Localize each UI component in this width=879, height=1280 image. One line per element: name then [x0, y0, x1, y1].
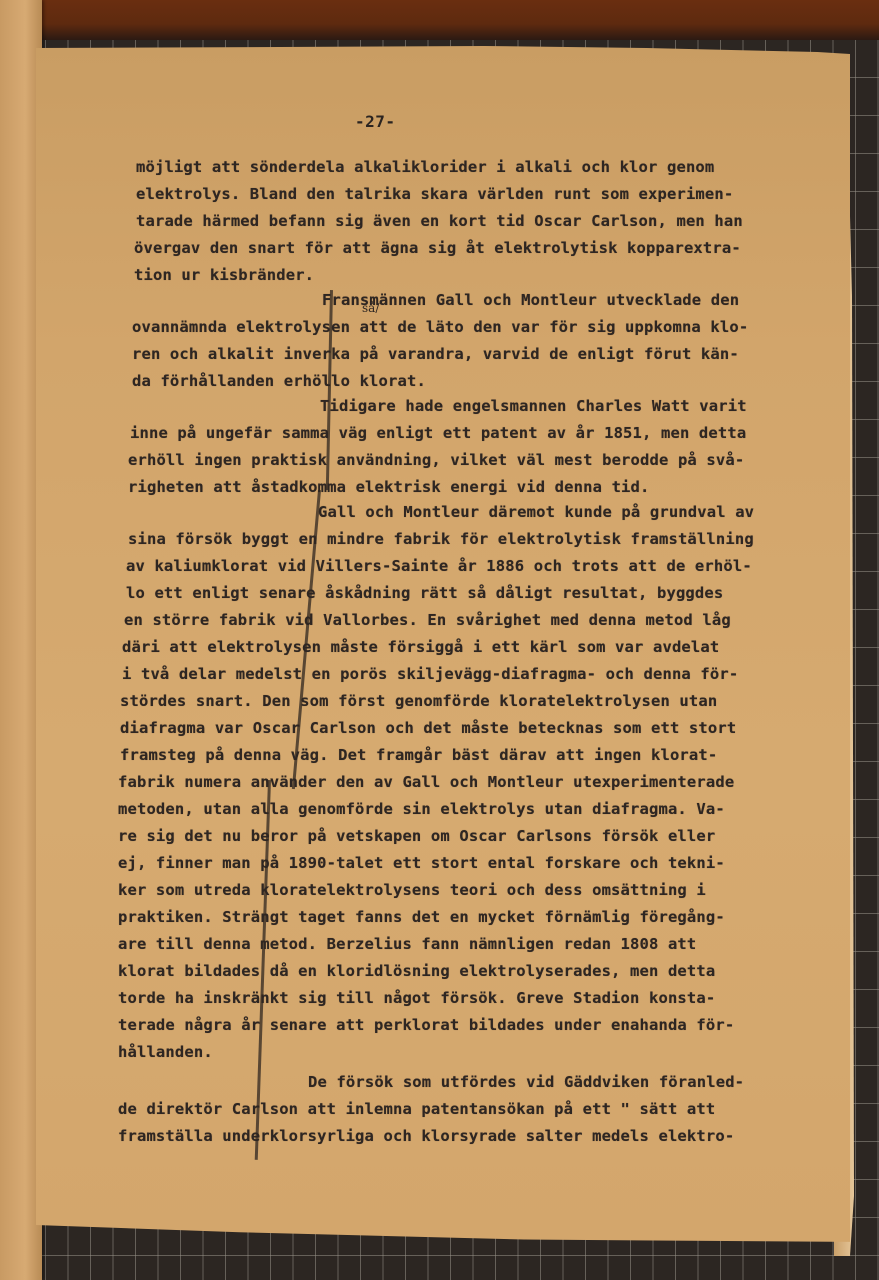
text-line: metoden, utan alla genomförde sin elektr…	[118, 800, 725, 818]
text-line: fabrik numera använder den av Gall och M…	[118, 773, 734, 791]
text-line: framställa underklorsyrliga och klorsyra…	[118, 1127, 734, 1145]
text-line: stördes snart. Den som först genomförde …	[120, 692, 717, 710]
text-line: elektrolys. Bland den talrika skara värl…	[136, 185, 733, 203]
text-line: klorat bildades då en kloridlösning elek…	[118, 962, 715, 980]
text-line: tarade härmed befann sig även en kort ti…	[136, 212, 743, 230]
text-line: lo ett enligt senare åskådning rätt så d…	[126, 584, 723, 602]
text-line: en större fabrik vid Vallorbes. En svåri…	[124, 611, 731, 629]
text-line: terade några år senare att perklorat bil…	[118, 1016, 734, 1034]
text-line: Fransmännen Gall och Montleur utvecklade…	[322, 291, 739, 309]
text-line: ej, finner man på 1890-talet ett stort e…	[118, 854, 725, 872]
text-line: de direktör Carlson att inlemna patentan…	[118, 1100, 715, 1118]
text-line: da förhållanden erhöllo klorat.	[132, 372, 426, 390]
text-line: hållanden.	[118, 1043, 213, 1061]
text-line: framsteg på denna väg. Det framgår bäst …	[120, 746, 717, 764]
text-line: tion ur kisbränder.	[134, 266, 314, 284]
page-number: -27-	[355, 112, 396, 131]
text-line: torde ha inskränkt sig till något försök…	[118, 989, 715, 1007]
text-line: däri att elektrolysen måste försiggå i e…	[122, 638, 719, 656]
text-line: övergav den snart för att ägna sig åt el…	[134, 239, 741, 257]
text-line: righeten att åstadkomma elektrisk energi…	[128, 478, 650, 496]
text-line: ker som utreda kloratelektrolysens teori…	[118, 881, 706, 899]
text-line: i två delar medelst en porös skiljevägg-…	[122, 665, 738, 683]
text-line: Gall och Montleur däremot kunde på grund…	[318, 503, 754, 521]
text-line: De försök som utfördes vid Gäddviken för…	[308, 1073, 744, 1091]
text-line: ren och alkalit inverka på varandra, var…	[132, 345, 739, 363]
page-text: -27- så/ möjligt att sönderdela alkalikl…	[0, 0, 879, 1280]
text-line: Tidigare hade engelsmannen Charles Watt …	[320, 397, 747, 415]
text-line: erhöll ingen praktisk användning, vilket…	[128, 451, 744, 469]
text-line: inne på ungefär samma väg enligt ett pat…	[130, 424, 746, 442]
text-line: sina försök byggt en mindre fabrik för e…	[128, 530, 754, 548]
text-line: re sig det nu beror på vetskapen om Osca…	[118, 827, 715, 845]
text-line: are till denna metod. Berzelius fann näm…	[118, 935, 696, 953]
text-line: möjligt att sönderdela alkaliklorider i …	[136, 158, 714, 176]
text-line: av kaliumklorat vid Villers-Sainte år 18…	[126, 557, 752, 575]
text-line: praktiken. Strängt taget fanns det en my…	[118, 908, 725, 926]
text-line: ovannämnda elektrolysen att de läto den …	[132, 318, 748, 336]
text-line: diafragma var Oscar Carlson och det måst…	[120, 719, 736, 737]
